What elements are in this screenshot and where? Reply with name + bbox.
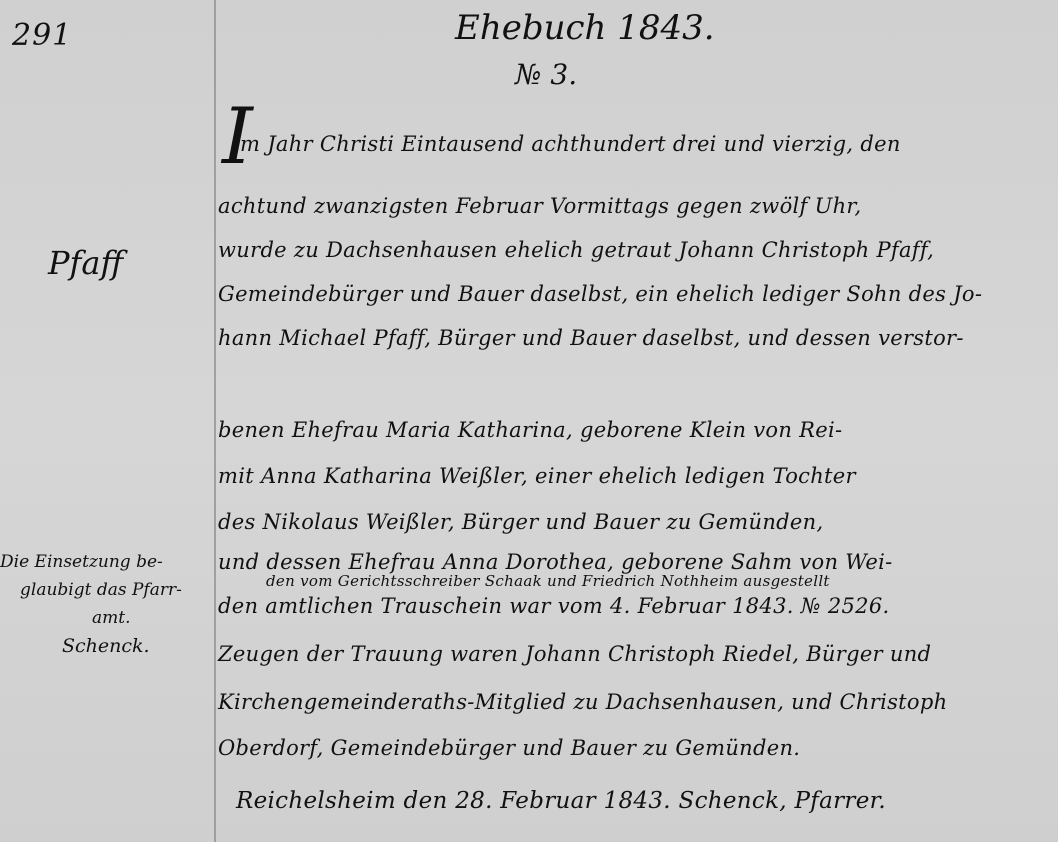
margin-note-line: Die Einsetzung be-	[0, 548, 210, 576]
body-line: m Jahr Christi Eintausend achthundert dr…	[240, 132, 901, 156]
margin-surname: Pfaff	[48, 244, 123, 282]
body-line: mit Anna Katharina Weißler, einer ehelic…	[218, 464, 856, 488]
body-line: benen Ehefrau Maria Katharina, geborene …	[218, 418, 842, 442]
margin-note-line: amt.	[0, 604, 210, 632]
body-line: hann Michael Pfaff, Bürger und Bauer das…	[218, 326, 964, 350]
page-number: 291	[12, 18, 72, 53]
body-line: Oberdorf, Gemeindebürger und Bauer zu Ge…	[218, 736, 800, 760]
body-line: den amtlichen Trauschein war vom 4. Febr…	[218, 594, 889, 618]
margin-note: Die Einsetzung be- glaubigt das Pfarr- a…	[0, 548, 210, 660]
margin-note-line: glaubigt das Pfarr-	[0, 576, 210, 604]
body-line-insertion: den vom Gerichtsschreiber Schaak und Fri…	[266, 572, 830, 590]
margin-rule	[214, 0, 216, 842]
body-line: Gemeindebürger und Bauer daselbst, ein e…	[218, 282, 982, 306]
body-line: achtund zwanzigsten Februar Vormittags g…	[218, 194, 861, 218]
body-line: Zeugen der Trauung waren Johann Christop…	[218, 642, 931, 666]
body-line: des Nikolaus Weißler, Bürger und Bauer z…	[218, 510, 823, 534]
register-title: Ehebuch 1843.	[455, 8, 715, 48]
closing-signature-line: Reichelsheim den 28. Februar 1843. Schen…	[236, 788, 886, 814]
body-line: Kirchengemeinderaths-Mitglied zu Dachsen…	[218, 690, 947, 714]
body-line: wurde zu Dachsenhausen ehelich getraut J…	[218, 238, 934, 262]
entry-number: № 3.	[515, 58, 577, 91]
margin-signature: Schenck.	[0, 632, 210, 660]
body-line: und dessen Ehefrau Anna Dorothea, gebore…	[218, 550, 893, 574]
register-page: 291 Ehebuch 1843. № 3. Pfaff Die Einsetz…	[0, 0, 1058, 842]
